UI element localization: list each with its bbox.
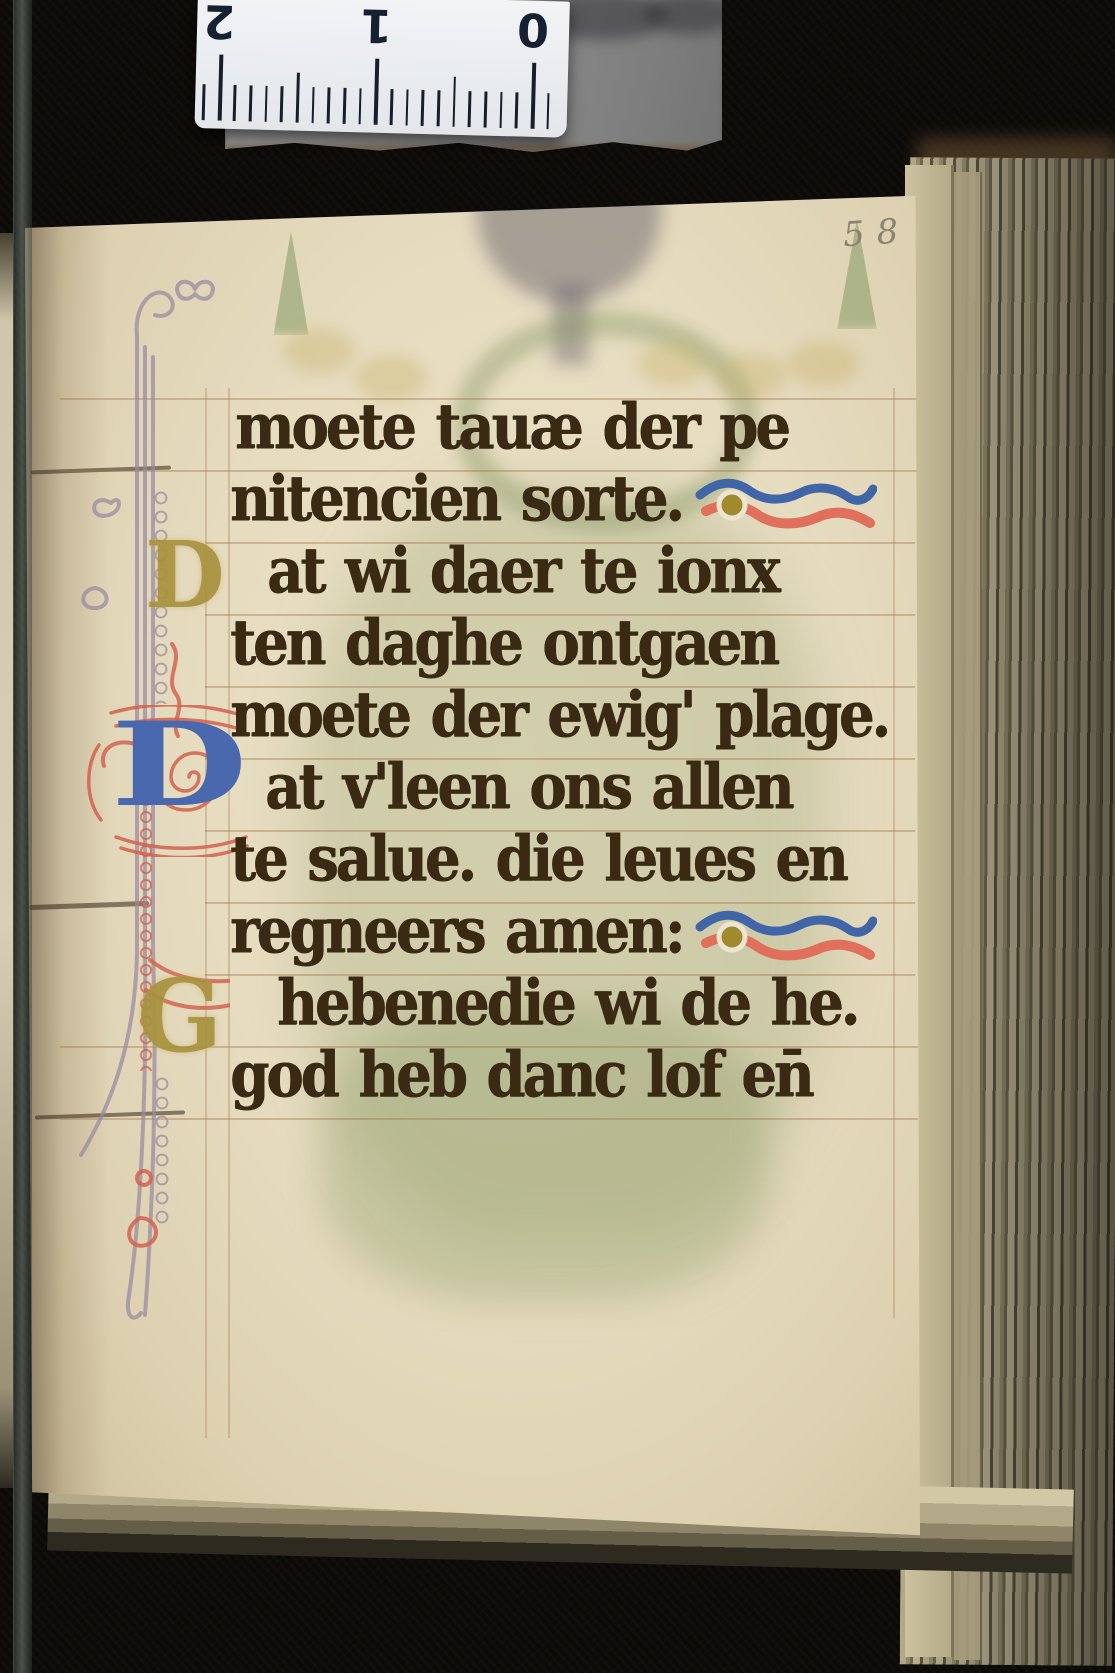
ruler-tick	[452, 77, 456, 127]
line-text: moete der ewig' plage.	[230, 679, 888, 751]
facing-page-sliver	[0, 233, 13, 1488]
ruler-number: 0	[510, 2, 555, 57]
text-line: ten daghe ontgaen	[230, 607, 777, 683]
illuminated-initial-blue: D	[81, 705, 253, 857]
ruler-number: 2	[197, 0, 242, 49]
line-text: hebenedie wi de he.	[277, 967, 857, 1039]
show-through-chalice	[477, 193, 661, 303]
ruler-tick	[233, 85, 237, 121]
text-line: moete tauæ der pe	[235, 391, 788, 467]
text-line: at v'leen ons allen	[265, 751, 791, 827]
ruler-tick	[531, 63, 537, 129]
line-text: nitencien sorte.	[230, 463, 682, 535]
ruler-tick	[296, 73, 300, 123]
show-through-blob	[637, 341, 709, 387]
ruler-tick	[546, 93, 550, 129]
ruler-tick	[264, 86, 268, 122]
ruler-tick	[311, 87, 315, 123]
ruler-tick	[327, 87, 331, 123]
show-through-blob	[283, 328, 355, 374]
show-through-tree	[268, 231, 314, 335]
line-text: ten daghe ontgaen	[230, 607, 777, 679]
text-line: nitencien sorte.	[230, 463, 877, 539]
page-edge-strip	[954, 172, 982, 1660]
line-text: te salue. die leues en	[230, 823, 846, 895]
line-text: at wi daer te ionx	[267, 535, 777, 607]
ruler-tick	[217, 55, 223, 121]
ruler-tick	[484, 92, 488, 128]
ruler-tick	[499, 92, 503, 128]
line-text: god heb danc lof en̄	[230, 1039, 811, 1111]
ruler-tick	[468, 91, 472, 127]
line-text: at v'leen ons allen	[265, 751, 791, 823]
ruler-tick	[343, 88, 347, 124]
centimeter-ruler: 2 1 0	[194, 0, 569, 138]
ruler-tick	[421, 90, 425, 126]
line-text: regneers amen:	[230, 895, 682, 967]
ruler-tick	[515, 92, 519, 128]
text-line: hebenedie wi de he.	[277, 967, 857, 1043]
manuscript-page: 58	[25, 193, 920, 1538]
text-line: te salue. die leues en	[230, 823, 846, 899]
text-line: moete der ewig' plage.	[230, 679, 888, 755]
text-line: at wi daer te ionx	[267, 535, 777, 611]
show-through-blob	[787, 341, 859, 387]
line-filler	[692, 903, 877, 965]
ruler-tick	[202, 84, 206, 120]
ruler-tick	[358, 88, 362, 124]
ruler-tick	[249, 85, 253, 121]
line-filler	[692, 471, 877, 533]
ruler-tick	[390, 89, 394, 125]
glass-plate-edge	[13, 0, 32, 1673]
photograph-canvas: 58	[0, 0, 1115, 1673]
illuminated-initial-gold: G	[137, 957, 222, 1075]
folio-number: 58	[842, 211, 912, 256]
ruler-tick	[374, 59, 380, 125]
card-smudge	[645, 0, 735, 34]
ruler-tick	[280, 86, 284, 122]
text-line: god heb danc lof en̄	[230, 1039, 811, 1115]
ruler-tick	[405, 89, 409, 125]
ruling-line-vertical	[893, 388, 895, 1318]
text-line: regneers amen:	[230, 895, 877, 971]
ruler-number: 1	[353, 0, 398, 53]
ruler-tick	[437, 90, 441, 126]
initial-letter: D	[111, 707, 246, 823]
line-text: moete tauæ der pe	[235, 391, 788, 463]
illuminated-initial-gold: D	[145, 521, 225, 629]
show-through-chalice	[553, 285, 589, 365]
